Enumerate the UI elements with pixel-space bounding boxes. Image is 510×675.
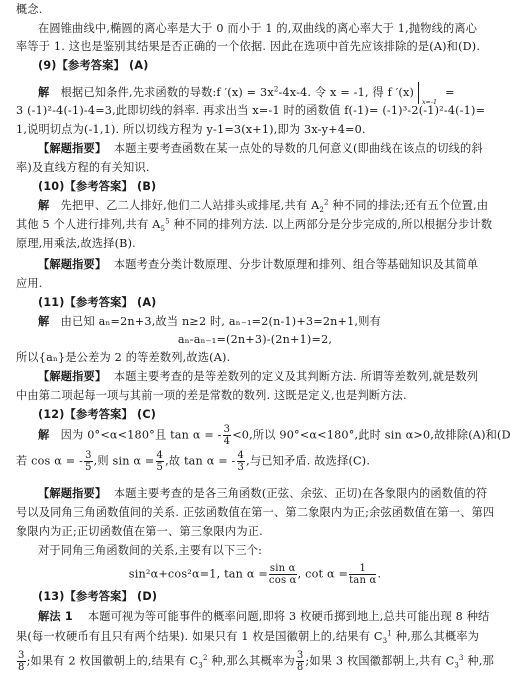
- tip-label: 【解题指要】: [38, 370, 106, 383]
- solution-line: 解法 1 本题可视为等可能事件的概率问题,即将 3 枚硬币掷到地上,总共可能出现…: [38, 611, 502, 622]
- tip-text: 本题主要考查的是各三角函数(正弦、余弦、正切)在各象限内的函数值的符: [114, 487, 488, 500]
- solution-text: 其他 5 个人进行排列,共有 A: [16, 218, 161, 231]
- answer-header-q13: (13)【参考答案】 (D): [38, 591, 502, 602]
- tip-label: 【解题指要】: [38, 487, 106, 500]
- solution-text: ,故 tan α = -: [165, 455, 235, 468]
- display-equation: sin²α+cos²α=1, tan α =sin αcos α, cot α …: [0, 563, 510, 586]
- solution-line: 解 先把甲、乙二人排好,他们二人站排头或排尾,共有 A22 种不同的排法;还有五…: [38, 200, 502, 211]
- fraction: sin αcos α: [269, 563, 297, 586]
- fraction: 43: [237, 450, 246, 473]
- paragraph-line: 其他 5 个人进行排列,共有 A55 种不同的排列方法. 以上两部分是分步完成的…: [16, 219, 502, 230]
- denominator: 8: [296, 662, 305, 673]
- equation-text: .: [377, 568, 381, 581]
- solution-text: 由已知 aₙ=2n+3,故当 n≥2 时, aₙ₋₁=2(n-1)+3=2n+1…: [61, 315, 381, 328]
- paragraph-line: 原理,用乘法,故选择(B).: [16, 238, 502, 249]
- subscript: 3: [198, 662, 203, 670]
- paragraph-line: 号以及同角三角函数值间的关系. 正弦函数值在第一、第二象限内为正;余弦函数值在第…: [16, 507, 502, 518]
- superscript: 1: [387, 629, 392, 637]
- numerator: 3: [84, 450, 93, 462]
- solution-label: 解: [38, 86, 49, 99]
- paragraph-line: 果(每一枚硬币有且只有两个结果). 如果只有 1 枚是国徽朝上的,结果有 C31…: [16, 631, 502, 642]
- solution-text: 种,那么其概率为: [211, 655, 294, 668]
- paragraph-line: 率等于 1. 这也是鉴别其结果是否正确的一个依据. 因此在选项中首先应该排除的是…: [16, 41, 502, 52]
- solution-line: 解 因为 0°<α<180°且 tan α = -34<0,所以 90°<α<1…: [38, 424, 502, 447]
- derivative-text: 根据已知条件,先求函数的导数:f ′(x) = 3x: [61, 86, 274, 99]
- paragraph-line: 对于同角三角函数间的关系,主要有以下三个:: [38, 545, 502, 556]
- solution-text: 先把甲、乙二人排好,他们二人站排头或排尾,共有 A: [61, 199, 320, 212]
- answer-header-q9: (9)【参考答案】 (A): [38, 60, 502, 71]
- display-equation: aₙ-aₙ₋₁=(2n+3)-(2n+1)=2,: [0, 334, 510, 345]
- solution-text: 种,那么其概率为: [396, 630, 479, 643]
- tip-label: 【解题指要】: [38, 142, 106, 155]
- equation-text: sin²α+cos²α=1, tan α =: [129, 568, 268, 581]
- superscript: 5: [165, 217, 170, 225]
- denominator: 4: [223, 436, 232, 447]
- numerator: 1: [349, 563, 376, 575]
- denominator: 3: [237, 462, 246, 473]
- fraction: 45: [156, 450, 165, 473]
- paragraph-line: 中由第二项起每一项与其前一项的差是常数的数列. 这既是定义,也是判断方法.: [16, 390, 502, 401]
- paragraph-line: 应用.: [16, 278, 502, 289]
- superscript: 3: [459, 654, 464, 662]
- paragraph-line: 1,说明切点为(-1,1). 所以切线方程为 y-1=3(x+1),即为 3x-…: [16, 124, 502, 135]
- textbook-page: 概念. 在圆锥曲线中,椭圆的离心率是大于 0 而小于 1 的,双曲线的离心率大于…: [0, 0, 510, 675]
- solution-text: 种不同的排列方法. 以上两部分是分步完成的,所以根据分步计数: [174, 218, 493, 231]
- fraction: 38: [296, 650, 305, 673]
- superscript: 2: [324, 198, 329, 206]
- tip-line: 【解题指要】 本题主要考查函数在某一点处的导数的几何意义(即曲线在该点的切线的斜: [38, 143, 502, 154]
- paragraph-line: 3 (-1)²-4(-1)-4=3,此即切线的斜率. 再求出当 x=-1 时的函…: [16, 105, 502, 116]
- denominator: 5: [84, 462, 93, 473]
- solution-label: 解: [38, 315, 49, 328]
- solution-label: 解: [38, 429, 49, 442]
- paragraph-line: 率)及直线方程的有关知识.: [16, 162, 502, 173]
- paragraph-line: 若 cos α = -35,则 sin α =45,故 tan α = -43,…: [16, 450, 502, 473]
- denominator: 8: [17, 662, 26, 673]
- solution-text: ;如果有 2 枚国徽朝上的,结果有 C: [27, 655, 199, 668]
- denominator: 5: [156, 462, 165, 473]
- numerator: 3: [223, 424, 232, 436]
- answer-header-q11: (11)【参考答案】 (A): [38, 297, 502, 308]
- tip-line: 【解题指要】 本题主要考查的是各三角函数(正弦、余弦、正切)在各象限内的函数值的…: [38, 488, 502, 499]
- answer-header-q10: (10)【参考答案】 (B): [38, 181, 502, 192]
- solution-text: ;如果 3 枚国徽都朝上,共有 C: [305, 655, 454, 668]
- numerator: 3: [17, 650, 26, 662]
- fraction: 38: [17, 650, 26, 673]
- numerator: 3: [296, 650, 305, 662]
- numerator: 4: [156, 450, 165, 462]
- solution-line: 解 由已知 aₙ=2n+3,故当 n≥2 时, aₙ₋₁=2(n-1)+3=2n…: [38, 316, 502, 327]
- tip-line: 【解题指要】 本题考查分类计数原理、分步计数原理和排列、组合等基础知识及其简单: [38, 259, 502, 270]
- solution-text: 本题可视为等可能事件的概率问题,即将 3 枚硬币掷到地上,总共可能出现 8 种结: [88, 610, 490, 623]
- numerator: sin α: [269, 563, 297, 575]
- fraction: 1tan α: [349, 563, 376, 586]
- derivative-text: -4x-4. 令 x = -1, 得 f ′(x): [278, 86, 414, 99]
- solution-line: 解 根据已知条件,先求函数的导数:f ′(x) = 3x2-4x-4. 令 x …: [38, 82, 502, 104]
- answer-header-q12: (12)【参考答案】 (C): [38, 409, 502, 420]
- paragraph-line: 38;如果有 2 枚国徽朝上的,结果有 C32 种,那么其概率为38;如果 3 …: [16, 650, 502, 673]
- solution-text: 因为 0°<α<180°且 tan α = -: [61, 429, 222, 442]
- superscript: 2: [203, 654, 208, 662]
- tip-text: 本题主要考查函数在某一点处的导数的几何意义(即曲线在该点的切线的斜: [114, 142, 483, 155]
- tip-label: 【解题指要】: [38, 258, 106, 271]
- denominator: cos α: [269, 575, 297, 586]
- numerator: 4: [237, 450, 246, 462]
- solution-label: 解: [38, 199, 49, 212]
- solution-text: 果(每一枚硬币有且只有两个结果). 如果只有 1 枚是国徽朝上的,结果有 C: [16, 630, 383, 643]
- solution-text: 种不同的排法;还有五个位置,由: [332, 199, 488, 212]
- denominator: tan α: [349, 575, 376, 586]
- solution-label: 解法 1: [38, 610, 73, 623]
- subscript: 2: [319, 206, 324, 214]
- paragraph-line: 在圆锥曲线中,椭圆的离心率是大于 0 而小于 1 的,双曲线的离心率大于 1,抛…: [38, 23, 502, 34]
- paragraph-line: 象限内为正;正切函数值在第一、第三象限内为正.: [16, 526, 502, 537]
- paragraph-line: 所以{aₙ}是公差为 2 的等差数列,故选(A).: [16, 352, 502, 363]
- paragraph-line: 概念.: [16, 4, 502, 15]
- tip-line: 【解题指要】 本题主要考查的是等差数列的定义及其判断方法. 所谓等差数列,就是数…: [38, 371, 502, 382]
- tip-text: 本题主要考查的是等差数列的定义及其判断方法. 所谓等差数列,就是数列: [114, 370, 478, 383]
- subscript: 3: [454, 662, 459, 670]
- equals-sign: =: [445, 86, 455, 99]
- equation-text: , cot α =: [298, 568, 348, 581]
- solution-text: ,与已知矛盾. 故选择(C).: [246, 455, 370, 468]
- evaluation-bar: x=-1: [418, 82, 445, 104]
- solution-text: 若 cos α = -: [16, 455, 83, 468]
- fraction: 35: [84, 450, 93, 473]
- solution-text: ,则 sin α =: [94, 455, 155, 468]
- subscript: 5: [161, 225, 166, 233]
- tip-text: 本题考查分类计数原理、分步计数原理和排列、组合等基础知识及其简单: [114, 258, 478, 271]
- subscript: 3: [383, 637, 388, 645]
- solution-text: <0,所以 90°<α<180°,此时 sin α>0,故排除(A)和(D).: [232, 429, 510, 442]
- solution-text: 种,那: [467, 655, 494, 668]
- fraction: 34: [223, 424, 232, 447]
